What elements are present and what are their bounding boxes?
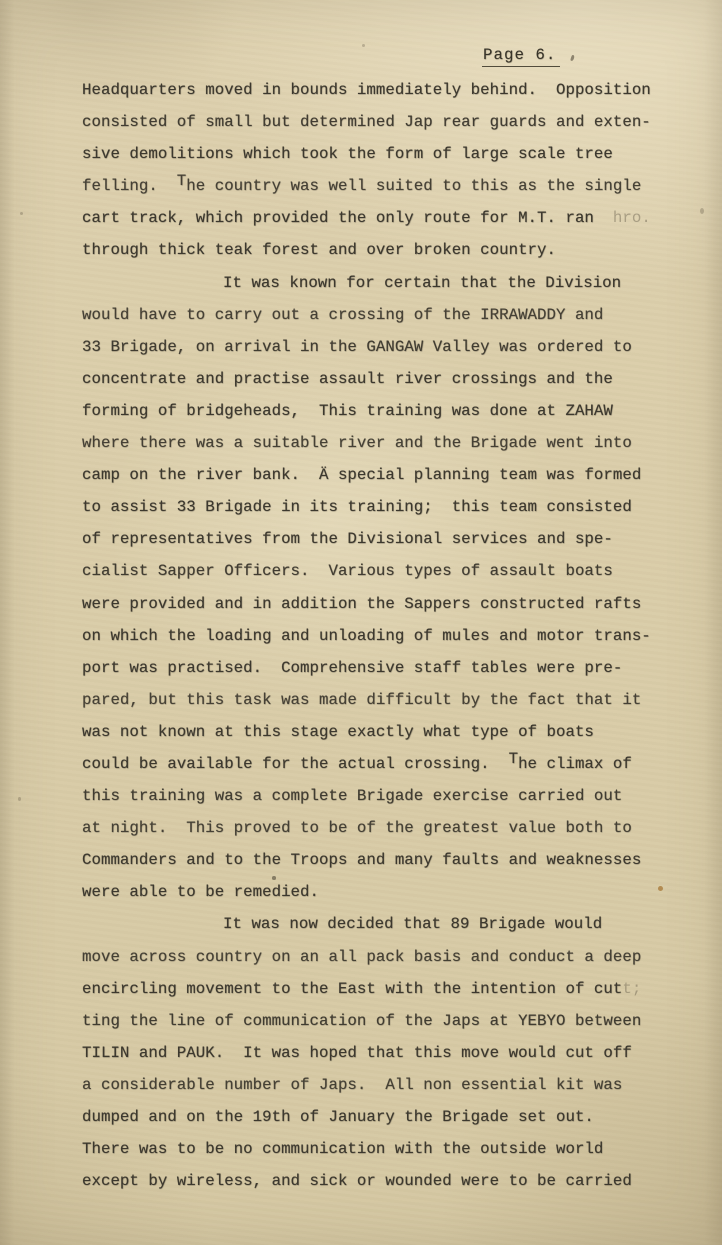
document-line: of representatives from the Divisional s… <box>82 523 692 555</box>
ink-speck <box>570 55 575 62</box>
page-number-heading: Page 6. <box>482 46 560 67</box>
raised-character: T <box>177 172 186 190</box>
stain-dot <box>658 886 663 891</box>
document-line: It was now decided that 89 Brigade would <box>82 908 692 940</box>
ink-speck <box>700 208 704 214</box>
document-line: It was known for certain that the Divisi… <box>82 267 692 299</box>
document-line: Commanders and to the Troops and many fa… <box>82 844 692 876</box>
document-line: at night. This proved to be of the great… <box>82 812 692 844</box>
faded-text-fragment: hro. <box>613 209 651 227</box>
document-line: where there was a suitable river and the… <box>82 427 692 459</box>
document-line: consisted of small but determined Jap re… <box>82 106 692 138</box>
document-line: through thick teak forest and over broke… <box>82 234 692 266</box>
document-line: forming of bridgeheads, This training wa… <box>82 395 692 427</box>
document-line: could be available for the actual crossi… <box>82 748 692 780</box>
raised-character: T <box>509 750 518 768</box>
document-line: port was practised. Comprehensive staff … <box>82 652 692 684</box>
line-segment: encircling movement to the East with the… <box>82 980 622 998</box>
document-line: cialist Sapper Officers. Various types o… <box>82 555 692 587</box>
document-line: would have to carry out a crossing of th… <box>82 299 692 331</box>
ink-speck <box>20 212 23 215</box>
document-text: Headquarters moved in bounds immediately… <box>82 74 692 1197</box>
line-segment: he climax of <box>518 755 632 773</box>
document-line: to assist 33 Brigade in its training; th… <box>82 491 692 523</box>
document-line: encircling movement to the East with the… <box>82 973 692 1005</box>
document-line: was not known at this stage exactly what… <box>82 716 692 748</box>
ink-speck <box>272 876 276 880</box>
document-line: camp on the river bank. Ä special planni… <box>82 459 692 491</box>
document-line: Headquarters moved in bounds immediately… <box>82 74 692 106</box>
faded-text-fragment: t; <box>622 980 641 998</box>
line-segment: cart track, which provided the only rout… <box>82 209 613 227</box>
document-line: pared, but this task was made difficult … <box>82 684 692 716</box>
document-line: There was to be no communication with th… <box>82 1133 692 1165</box>
line-segment: felling. <box>82 177 177 195</box>
document-line: were provided and in addition the Sapper… <box>82 588 692 620</box>
document-line: except by wireless, and sick or wounded … <box>82 1165 692 1197</box>
document-line: a considerable number of Japs. All non e… <box>82 1069 692 1101</box>
document-line: dumped and on the 19th of January the Br… <box>82 1101 692 1133</box>
document-line: sive demolitions which took the form of … <box>82 138 692 170</box>
line-segment: he country was well suited to this as th… <box>186 177 641 195</box>
line-segment: could be available for the actual crossi… <box>82 755 509 773</box>
ink-speck <box>362 44 365 47</box>
document-line: ting the line of communication of the Ja… <box>82 1005 692 1037</box>
document-line: TILIN and PAUK. It was hoped that this m… <box>82 1037 692 1069</box>
document-line: felling. The country was well suited to … <box>82 170 692 202</box>
document-line: 33 Brigade, on arrival in the GANGAW Val… <box>82 331 692 363</box>
document-page: Page 6. Headquarters moved in bounds imm… <box>0 0 722 1245</box>
document-line: cart track, which provided the only rout… <box>82 202 692 234</box>
document-line: this training was a complete Brigade exe… <box>82 780 692 812</box>
document-line: on which the loading and unloading of mu… <box>82 620 692 652</box>
ink-speck <box>18 797 21 801</box>
document-line: move across country on an all pack basis… <box>82 941 692 973</box>
document-line: concentrate and practise assault river c… <box>82 363 692 395</box>
document-line: were able to be remedied. <box>82 876 692 908</box>
